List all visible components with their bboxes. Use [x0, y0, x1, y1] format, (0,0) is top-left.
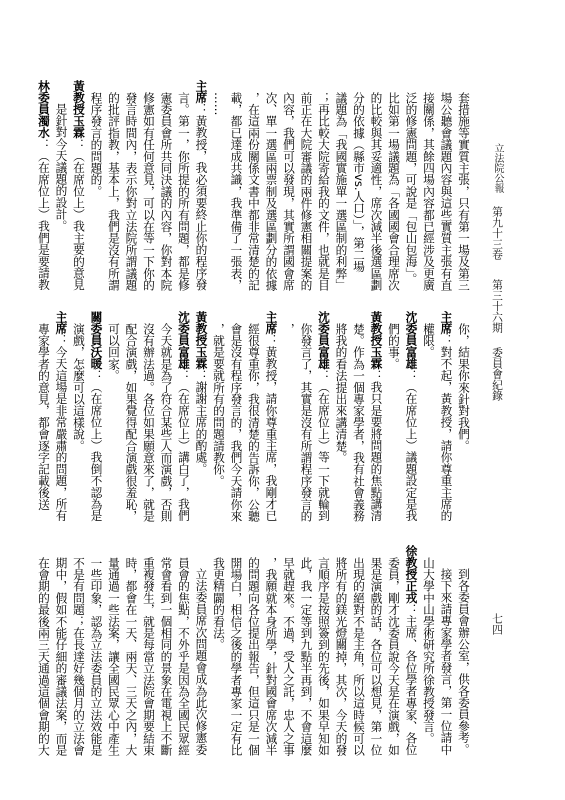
- column-text: 立法委員席次問題會成為此次修憲委: [195, 568, 209, 755]
- column-text: 的問題向各位提出報告，但這只是一個: [247, 557, 261, 756]
- text-column: 你，結果你來針對我們。: [455, 311, 473, 451]
- text-column: 修憲如有任何意見，可以在等一下你的: [140, 80, 158, 291]
- column-text: 今天就是為了符合某些人而演戲，否則: [160, 323, 174, 522]
- column-text: ：對不起，黃教授，請你尊重主席的: [440, 334, 454, 521]
- text-column: ，就是要就所有的問題請教你。: [210, 311, 228, 487]
- text-column: 此，我一定等到九點半再到，不會這麼: [297, 545, 315, 756]
- speaker-column: 黃教授玉霖：謝謝主席的酌處。: [192, 311, 210, 475]
- column-text: 可以回家。: [107, 323, 121, 382]
- text-column: 不是有問題；在長達好幾個月的立法會: [70, 545, 88, 756]
- column-text: ，我願就本身所學，針對國會席次減半: [265, 557, 279, 756]
- column-text: ：（在席位上）我主要的意見: [72, 139, 86, 291]
- text-column: ；再比較大院寄給我的文件，也就是目: [315, 80, 333, 291]
- speaker-column: 黃教授玉霖：我只是要將問題的焦點講清: [367, 311, 385, 522]
- column-text: ：黃教授，我必須要終止你的程序發: [195, 103, 209, 290]
- speaker-column: 主席：對不起，黃教授，請你尊重主席的: [437, 311, 455, 522]
- text-column: ，我願就本身所學，針對國會席次減半: [262, 545, 280, 756]
- speaker-name: 主席: [195, 80, 209, 103]
- column-text: 將我的看法提出來講清楚。: [335, 323, 349, 463]
- column-text: 場公聽會議題內容與這些實質主張有直: [440, 92, 454, 291]
- column-text: 泛的修憲問題，可說是「包山包海」。: [405, 92, 419, 285]
- column-text: 內容，我們可以發現，其實所謂國會席: [282, 92, 296, 291]
- text-column: 接關係，其餘四場內容都已經涉及更廣: [420, 80, 438, 291]
- text-column: 程序發言的問題的。: [87, 80, 105, 197]
- column-text: 修憲如有任何意見，可以在等一下你的: [142, 92, 156, 291]
- text-band-middle: 你，結果你來針對我們。 主席：對不起，黃教授，請你尊重主席的 權限。 沈委員富雄…: [34, 311, 472, 525]
- text-column: 到各委員會辦公室，供各委員參考。: [455, 545, 473, 756]
- column-text: 的比較與其妥適性，席次減半後選區劃: [370, 92, 384, 291]
- column-text: 的批評指教，基本上，我們是沒有所謂: [107, 92, 121, 291]
- column-text: ：（在席位上）等一下就輪到: [317, 370, 331, 522]
- column-text: 是針對今天議題的設計。: [55, 103, 69, 232]
- speaker-name: 主席: [440, 311, 454, 334]
- page-number: 七四: [491, 613, 504, 635]
- column-text: 你發言了，其實是沒有所謂程序發言的: [300, 323, 314, 522]
- column-text: 此，我一定等到九點半再到，不會這麼: [300, 557, 314, 756]
- column-text: 演戲，怎麼可以這樣說。: [72, 323, 86, 452]
- text-column: 發言時間內，表示你對立法院所謂議題: [122, 80, 140, 291]
- text-column: 次、單一選區兩票制及選區劃分的依據: [262, 80, 280, 291]
- column-text: 會是沒有程序發言的，我們今天請你來: [230, 323, 244, 522]
- column-text: ：（在席位上）議題設定是我: [405, 370, 419, 522]
- issue-label: 第三十六期: [491, 279, 504, 333]
- text-column: 載，都已達成共識，我準備了一張表，: [227, 80, 245, 291]
- column-text: ：主席、各位學者專家、各位: [405, 604, 419, 756]
- column-text: ，: [282, 323, 296, 335]
- speaker-name: 主席: [55, 311, 69, 334]
- column-text: ：今天這場是非常嚴肅的問題，所有: [55, 334, 69, 521]
- column-text: 不是有問題；在長達好幾個月的立法會: [72, 557, 86, 756]
- column-text: 專家學者的意見，都會逐字記載後送: [37, 323, 51, 510]
- text-column: 比如第一場議題為「各國國會合理席次: [385, 80, 403, 291]
- column-text: 在會期的最後兩三天通過這個會期的大: [37, 557, 51, 756]
- text-column: 憲委員會所共同決議的內容，你對本院: [157, 80, 175, 291]
- speaker-column: 沈委員富雄：（在席位上）講白了，我們: [175, 311, 193, 522]
- speaker-column: 沈委員富雄：（在席位上）等一下就輪到: [315, 311, 333, 522]
- gazette-title: 立法院公報: [491, 143, 504, 193]
- speaker-name: 沈委員富雄: [405, 311, 419, 370]
- column-text: 前正在大院審議的兩件修憲相關提案的: [300, 92, 314, 291]
- text-column: 的問題向各位提出報告，但這只是一個: [245, 545, 263, 756]
- column-text: 接下來請專家學者發言，第一位請中: [440, 568, 454, 755]
- text-column: 在會期的最後兩三天通過這個會期的大: [35, 545, 53, 756]
- text-band-top: 套措施等實質主張，只有第一場及第三 場公聽會議題內容與這些實質主張有直 接關係，…: [34, 80, 472, 294]
- volume-label: 第九十三卷: [491, 206, 504, 260]
- column-text: ：（在席位上）我倒不認為是: [90, 370, 104, 522]
- text-column: 可以回家。: [105, 311, 123, 381]
- column-text: 果是演戲的話，各位可以想見，第一位: [370, 557, 384, 756]
- column-text: 們的事。: [387, 323, 401, 370]
- column-text: 委員，剛才沈委員說今天是在演戲，如: [387, 557, 401, 756]
- text-column: 是針對今天議題的設計。: [52, 80, 70, 232]
- column-text: 到各委員會辦公室，供各委員參考。: [457, 568, 471, 755]
- speaker-name: 沈委員富雄: [317, 311, 331, 370]
- column-text: 出現的絕對不是主角，所以這時候可以: [352, 557, 366, 756]
- text-column: 言。第一，你所提的所有問題，都是修: [175, 80, 193, 291]
- column-text: 時，都會在一天、兩天、三天之內，大: [125, 557, 139, 756]
- text-column: 沒有辦法過。各位如果願意來了，就是: [140, 311, 158, 522]
- text-column: 泛的修憲問題，可說是「包山包海」。: [402, 80, 420, 285]
- speaker-name: 關委員沃暖: [90, 311, 104, 370]
- text-column: 今天就是為了符合某些人而演戲，否則: [157, 311, 175, 522]
- speaker-column: 沈委員富雄：（在席位上）議題設定是我: [402, 311, 420, 522]
- column-text: 你，結果你來針對我們。: [457, 323, 471, 452]
- column-text: 沒有辦法過。各位如果願意來了，就是: [142, 323, 156, 522]
- column-text: 比如第一場議題為「各國國會合理席次: [387, 92, 401, 291]
- text-column: 言順序是按照簽到的先後，如果早知如: [315, 545, 333, 756]
- column-text: ：我只是要將問題的焦點講清: [370, 370, 384, 522]
- section-label: 委員會紀錄: [491, 347, 504, 401]
- column-text: 早就趕來。不過，受人之託，忠人之事: [282, 557, 296, 756]
- column-text: 山大學中山學術研究所徐教授發言。: [422, 557, 436, 744]
- column-text: ，在這兩份關係文書中都非常清楚的記: [247, 92, 261, 291]
- text-column: 量通過一些法案，讓全國民眾心中產生: [105, 545, 123, 756]
- text-band-bottom: 到各委員會辦公室，供各委員參考。 接下來請專家學者發言，第一位請中 山大學中山學…: [34, 545, 472, 759]
- column-text: 將所有的鎂光燈關掉，其次，今天的發: [335, 557, 349, 756]
- column-text: 開場白，相信之後的學者專家一定有比: [230, 557, 244, 756]
- text-column: 果是演戲的話，各位可以想見，第一位: [367, 545, 385, 756]
- text-column: 會是沒有程序發言的，我們今天請你來: [227, 311, 245, 522]
- text-column: 專家學者的意見，都會逐字記載後送: [35, 311, 53, 510]
- text-column: 開場白，相信之後的學者專家一定有比: [227, 545, 245, 756]
- column-text: 言順序是按照簽到的先後，如果早知如: [317, 557, 331, 756]
- text-column: 你發言了，其實是沒有所謂程序發言的: [297, 311, 315, 522]
- column-text: 發言時間內，表示你對立法院所謂議題: [125, 92, 139, 291]
- column-text: 配合演戲，如果覺得配合演戲很羞恥，: [125, 323, 139, 522]
- column-text: 權限。: [422, 323, 436, 358]
- speaker-column: 林委員濁水：（在席位上）我們是要請教: [35, 80, 53, 291]
- text-column: 配合演戲，如果覺得配合演戲很羞恥，: [122, 311, 140, 522]
- text-column: 議題為「我國實施單一選區制的利弊」: [332, 80, 350, 291]
- text-column: 楚。作為一個專家學者，我有社會義務: [350, 311, 368, 522]
- text-column: 前正在大院審議的兩件修憲相關提案的: [297, 80, 315, 291]
- paragraph-start-column: 立法委員席次問題會成為此次修憲委: [192, 545, 210, 756]
- column-text: 憲委員會所共同決議的內容，你對本院: [160, 92, 174, 291]
- speaker-name: 沈委員富雄: [177, 311, 191, 370]
- text-column: 將所有的鎂光燈關掉，其次，今天的發: [332, 545, 350, 756]
- column-text: ：謝謝主席的酌處。: [195, 370, 209, 475]
- column-text: 接關係，其餘四場內容都已經涉及更廣: [422, 92, 436, 291]
- text-column: 時，都會在一天、兩天、三天之內，大: [122, 545, 140, 756]
- column-text: 楚。作為一個專家學者，我有社會義務: [352, 323, 366, 522]
- text-column: ，: [280, 311, 298, 334]
- text-column: 套措施等實質主張，只有第一場及第三: [455, 80, 473, 291]
- text-column: 早就趕來。不過，受人之託，忠人之事: [280, 545, 298, 756]
- column-text: 言。第一，你所提的所有問題，都是修: [177, 92, 191, 291]
- speaker-name: 黃教授玉霖: [72, 80, 86, 139]
- speaker-column: 關委員沃暖：（在席位上）我倒不認為是: [87, 311, 105, 522]
- text-column: 內容，我們可以發現，其實所謂國會席: [280, 80, 298, 291]
- column-text: ……: [212, 92, 226, 115]
- text-column: 期中，假如不能仔細的審議法案，而是: [52, 545, 70, 756]
- speaker-column: 黃教授玉霖：（在席位上）我主要的意見: [70, 80, 88, 291]
- text-column: 重複發生，就是每當立法院會期要結束: [140, 545, 158, 756]
- column-text: 我更精闢的看法。: [212, 557, 226, 651]
- column-text: 次、單一選區兩票制及選區劃分的依據: [265, 92, 279, 291]
- ellipsis-column: ……: [210, 80, 228, 115]
- column-text: ：黃教授，請你尊重主席，我剛才已: [265, 334, 279, 521]
- speaker-column: 主席：黃教授，請你尊重主席，我剛才已: [262, 311, 280, 522]
- text-column: 分的依據（縣市vs.人口）」，第二場: [350, 80, 368, 272]
- text-column: 的比較與其妥適性，席次減半後選區劃: [367, 80, 385, 291]
- speaker-column: 徐教授正戎：主席、各位學者專家、各位: [402, 545, 420, 756]
- column-text: 套措施等實質主張，只有第一場及第三: [457, 92, 471, 291]
- text-column: 員會的焦點，不外乎是因為全國民眾經: [175, 545, 193, 756]
- text-column: 們的事。: [385, 311, 403, 370]
- speaker-column: 主席：黃教授，我必須要終止你的程序發: [192, 80, 210, 291]
- column-text: 議題為「我國實施單一選區制的利弊」: [335, 92, 349, 291]
- column-text: 員會的焦點，不外乎是因為全國民眾經: [177, 557, 191, 756]
- text-column: 山大學中山學術研究所徐教授發言。: [420, 545, 438, 744]
- column-text: ；再比較大院寄給我的文件，也就是目: [317, 92, 331, 291]
- column-text: 重複發生，就是每當立法院會期要結束: [142, 557, 156, 756]
- speaker-name: 黃教授玉霖: [195, 311, 209, 370]
- text-column: 場公聽會議題內容與這些實質主張有直: [437, 80, 455, 291]
- speaker-column: 主席：今天這場是非常嚴肅的問題，所有: [52, 311, 70, 522]
- column-text: 量通過一些法案，讓全國民眾心中產生: [107, 557, 121, 756]
- text-column: 權限。: [420, 311, 438, 358]
- speaker-name: 黃教授玉霖: [370, 311, 384, 370]
- paragraph-start-column: 接下來請專家學者發言，第一位請中: [437, 545, 455, 756]
- text-column: 常會看到一個相同的景象在電視上不斷: [157, 545, 175, 756]
- column-text: 經很尊重你，我很清楚的告訴你，公聽: [247, 323, 261, 522]
- speaker-name: 徐教授正戎: [405, 545, 419, 604]
- column-text: ：（在席位上）我們是要請教: [37, 139, 51, 291]
- text-column: 一些印象，認為立法委員的立法效能是: [87, 545, 105, 756]
- column-text: ，就是要就所有的問題請教你。: [212, 323, 226, 487]
- text-column: 經很尊重你，我很清楚的告訴你，公聽: [245, 311, 263, 522]
- text-column: 演戲，怎麼可以這樣說。: [70, 311, 88, 451]
- column-text: ：（在席位上）講白了，我們: [177, 370, 191, 522]
- text-column: 將我的看法提出來講清楚。: [332, 311, 350, 463]
- text-column: 的批評指教，基本上，我們是沒有所謂: [105, 80, 123, 291]
- column-text: 一些印象，認為立法委員的立法效能是: [90, 557, 104, 756]
- text-column: ，在這兩份關係文書中都非常清楚的記: [245, 80, 263, 291]
- speaker-name: 林委員濁水: [37, 80, 51, 139]
- column-text: 載，都已達成共識，我準備了一張表，: [230, 92, 244, 291]
- text-column: 委員，剛才沈委員說今天是在演戲，如: [385, 545, 403, 756]
- column-text: 分的依據（縣市vs.人口）」，第二場: [352, 92, 366, 273]
- speaker-name: 主席: [265, 311, 279, 334]
- text-column: 出現的絕對不是主角，所以這時候可以: [350, 545, 368, 756]
- column-text: 期中，假如不能仔細的審議法案，而是: [55, 557, 69, 756]
- text-column: 我更精闢的看法。: [210, 545, 228, 650]
- column-text: 常會看到一個相同的景象在電視上不斷: [160, 557, 174, 756]
- column-text: 程序發言的問題的。: [90, 92, 104, 197]
